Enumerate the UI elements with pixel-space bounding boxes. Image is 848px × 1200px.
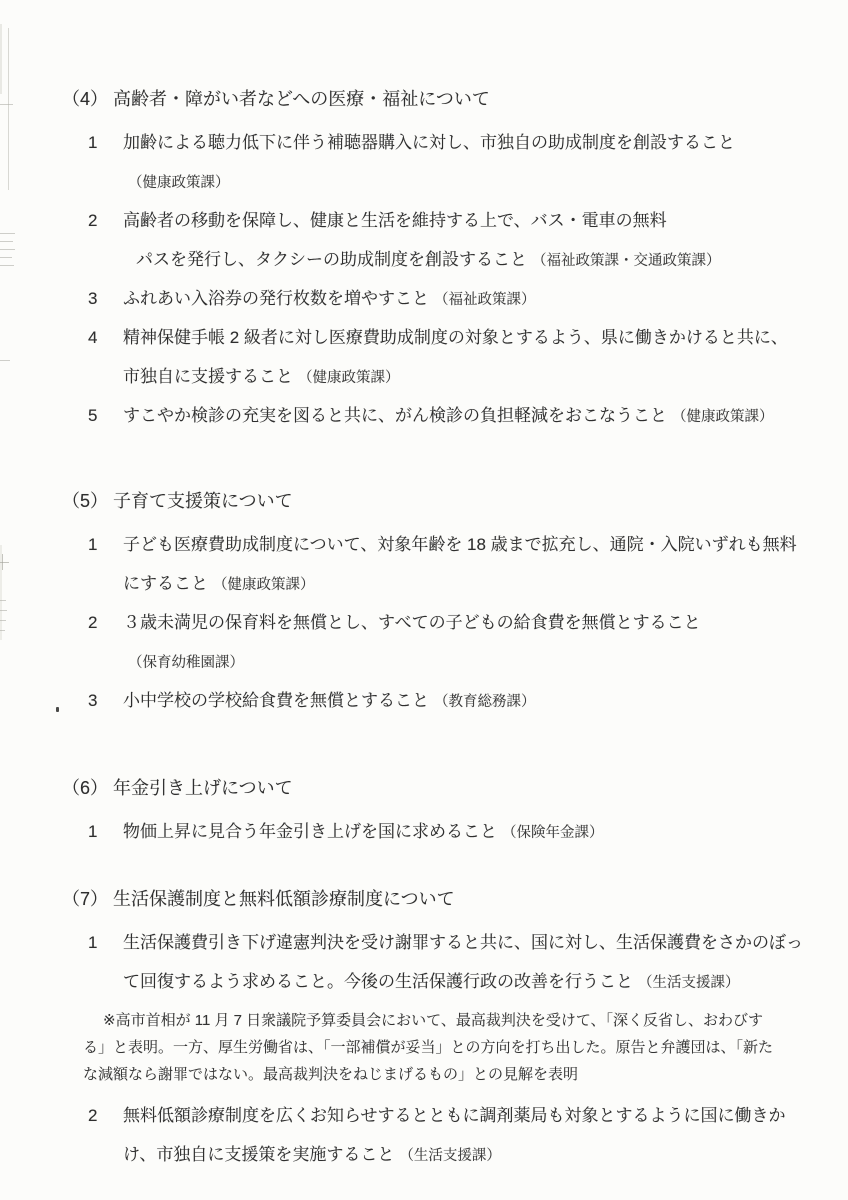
section-7: （7）生活保護制度と無料低額診療制度について 1 生活保護費引き下げ違憲判決を受… xyxy=(62,884,822,1175)
section-title: 高齢者・障がい者などへの医療・福祉について xyxy=(113,89,490,109)
item-line: 物価上昇に見合う年金引き上げを国に求めること（保険年金課） xyxy=(123,813,822,852)
item-line: ３歳未満児の保育料を無償とし、すべての子どもの給食費を無償とすること xyxy=(123,604,822,643)
scanned-document-page: （4）高齢者・障がい者などへの医療・福祉について 1 加齢による聴力低下に伴う補… xyxy=(0,0,848,1200)
item-text: て回復するよう求めること。今後の生活保護行政の改善を行うこと xyxy=(123,972,633,991)
section-heading: （4）高齢者・障がい者などへの医療・福祉について xyxy=(62,84,822,114)
item-number: 2 xyxy=(88,202,123,280)
department-label: （保育幼稚園課） xyxy=(128,655,244,671)
item-line: 小中学校の学校給食費を無償とすること（教育総務課） xyxy=(123,682,822,721)
item-text: 生活保護費引き下げ違憲判決を受け謝罪すると共に、国に対し、生活保護費をさかのぼっ xyxy=(123,933,803,952)
scan-speck-artifact xyxy=(56,707,59,712)
section-heading: （5）子育て支援策について xyxy=(62,486,822,516)
item-body: 生活保護費引き下げ違憲判決を受け謝罪すると共に、国に対し、生活保護費をさかのぼっ… xyxy=(123,924,822,1097)
scan-dash-artifact xyxy=(0,233,15,234)
scan-dash-artifact xyxy=(0,265,14,266)
item-text: 物価上昇に見合う年金引き上げを国に求めること xyxy=(123,822,497,841)
item-text: すこやか検診の充実を図ると共に、がん検診の負担軽減をおこなうこと xyxy=(123,406,667,425)
list-item: 1 加齢による聴力低下に伴う補聴器購入に対し、市独自の助成制度を創設すること （… xyxy=(62,124,822,202)
item-text: け、市独自に支援策を実施すること xyxy=(123,1145,394,1164)
scan-dash-artifact xyxy=(0,610,7,611)
item-body: ふれあい入浴券の発行枚数を増やすこと（福祉政策課） xyxy=(123,280,822,319)
list-item: 5 すこやか検診の充実を図ると共に、がん検診の負担軽減をおこなうこと（健康政策課… xyxy=(62,397,822,436)
item-body: 子ども医療費助成制度について、対象年齢を 18 歳まで拡充し、通院・入院いずれも… xyxy=(123,526,822,604)
item-number: 3 xyxy=(88,682,123,721)
footnote-line: ※高市首相が 11 月 7 日衆議院予算委員会において、最高裁判決を受けて、「深… xyxy=(83,1007,822,1034)
department-label: （健康政策課） xyxy=(128,175,230,191)
section-heading: （6）年金引き上げについて xyxy=(62,773,822,803)
department-label: （福祉政策課・交通政策課） xyxy=(532,253,721,269)
scan-dash-artifact xyxy=(0,620,6,621)
item-text: 精神保健手帳 2 級者に対し医療費助成制度の対象とするよう、県に働きかけると共に… xyxy=(123,328,788,347)
item-line: パスを発行し、タクシーの助成制度を創設すること（福祉政策課・交通政策課） xyxy=(123,241,822,280)
item-line: 加齢による聴力低下に伴う補聴器購入に対し、市独自の助成制度を創設すること xyxy=(123,124,822,163)
item-number: 5 xyxy=(88,397,123,436)
scan-dash-artifact xyxy=(0,241,13,242)
list-item: 3 ふれあい入浴券の発行枚数を増やすこと（福祉政策課） xyxy=(62,280,822,319)
item-text: 子ども医療費助成制度について、対象年齢を 18 歳まで拡充し、通院・入院いずれも… xyxy=(123,535,797,554)
scan-edge-artifact xyxy=(0,24,2,94)
item-line: ふれあい入浴券の発行枚数を増やすこと（福祉政策課） xyxy=(123,280,822,319)
list-item: 1 子ども医療費助成制度について、対象年齢を 18 歳まで拡充し、通院・入院いず… xyxy=(62,526,822,604)
section-number: （7） xyxy=(62,889,108,909)
footnote: ※高市首相が 11 月 7 日衆議院予算委員会において、最高裁判決を受けて、「深… xyxy=(83,1007,822,1088)
section-title: 生活保護制度と無料低額診療制度について xyxy=(113,889,455,909)
department-label: （健康政策課） xyxy=(213,577,315,593)
item-text: 小中学校の学校給食費を無償とすること xyxy=(123,691,429,710)
item-text: パスを発行し、タクシーの助成制度を創設すること xyxy=(136,250,527,269)
item-text: 無料低額診療制度を広くお知らせするとともに調剤薬局も対象とするように国に働きか xyxy=(123,1106,786,1125)
item-body: 高齢者の移動を保障し、健康と生活を維持する上で、バス・電車の無料 パスを発行し、… xyxy=(123,202,822,280)
item-line: 市独自に支援すること（健康政策課） xyxy=(123,358,822,397)
scan-dash-artifact xyxy=(0,600,6,601)
item-line: 精神保健手帳 2 級者に対し医療費助成制度の対象とするよう、県に働きかけると共に… xyxy=(123,319,822,358)
item-text: ３歳未満児の保育料を無償とし、すべての子どもの給食費を無償とすること xyxy=(123,613,701,632)
department-label: （福祉政策課） xyxy=(434,292,536,308)
item-line: て回復するよう求めること。今後の生活保護行政の改善を行うこと（生活支援課） xyxy=(123,963,822,1002)
scan-dash-artifact xyxy=(0,104,13,105)
department-label: （健康政策課） xyxy=(298,370,400,386)
footnote-line: る」と表明。一方、厚生労働省は、「一部補償が妥当」との方向を打ち出した。原告と弁… xyxy=(83,1034,822,1061)
item-body: 小中学校の学校給食費を無償とすること（教育総務課） xyxy=(123,682,822,721)
scan-dash-artifact xyxy=(0,630,5,631)
section-title: 子育て支援策について xyxy=(113,491,293,511)
item-line: 高齢者の移動を保障し、健康と生活を維持する上で、バス・電車の無料 xyxy=(123,202,822,241)
section-5: （5）子育て支援策について 1 子ども医療費助成制度について、対象年齢を 18 … xyxy=(62,486,822,721)
section-title: 年金引き上げについて xyxy=(113,778,293,798)
list-item: 3 小中学校の学校給食費を無償とすること（教育総務課） xyxy=(62,682,822,721)
scan-mark-artifact xyxy=(0,562,9,563)
item-body: ３歳未満児の保育料を無償とし、すべての子どもの給食費を無償とすること （保育幼稚… xyxy=(123,604,822,682)
item-body: 物価上昇に見合う年金引き上げを国に求めること（保険年金課） xyxy=(123,813,822,852)
department-label: （教育総務課） xyxy=(434,694,536,710)
item-body: すこやか検診の充実を図ると共に、がん検診の負担軽減をおこなうこと（健康政策課） xyxy=(123,397,822,436)
scan-line-artifact xyxy=(8,28,9,190)
item-text: 加齢による聴力低下に伴う補聴器購入に対し、市独自の助成制度を創設すること xyxy=(123,133,735,152)
item-text: 高齢者の移動を保障し、健康と生活を維持する上で、バス・電車の無料 xyxy=(123,211,667,230)
list-item: 2 ３歳未満児の保育料を無償とし、すべての子どもの給食費を無償とすること （保育… xyxy=(62,604,822,682)
item-text: ふれあい入浴券の発行枚数を増やすこと xyxy=(123,289,429,308)
scan-mark-artifact xyxy=(2,554,3,570)
item-line: 生活保護費引き下げ違憲判決を受け謝罪すると共に、国に対し、生活保護費をさかのぼっ xyxy=(123,924,822,963)
footnote-line: な減額なら謝罪ではない。最高裁判決をねじまげるもの」との見解を表明 xyxy=(83,1061,822,1088)
department-label: （健康政策課） xyxy=(672,409,774,425)
item-body: 加齢による聴力低下に伴う補聴器購入に対し、市独自の助成制度を創設すること （健康… xyxy=(123,124,822,202)
list-item: 1 生活保護費引き下げ違憲判決を受け謝罪すると共に、国に対し、生活保護費をさかの… xyxy=(62,924,822,1097)
scan-edge-artifact xyxy=(0,545,2,640)
scan-dash-artifact xyxy=(0,360,10,361)
department-label: （生活支援課） xyxy=(399,1148,501,1164)
item-number: 1 xyxy=(88,813,123,852)
section-6: （6）年金引き上げについて 1 物価上昇に見合う年金引き上げを国に求めること（保… xyxy=(62,773,822,852)
scan-dash-artifact xyxy=(0,257,12,258)
item-text: にすること xyxy=(123,574,208,593)
item-body: 精神保健手帳 2 級者に対し医療費助成制度の対象とするよう、県に働きかけると共に… xyxy=(123,319,822,397)
document-content: （4）高齢者・障がい者などへの医療・福祉について 1 加齢による聴力低下に伴う補… xyxy=(62,84,822,1175)
department-label: （生活支援課） xyxy=(638,975,740,991)
section-number: （6） xyxy=(62,778,108,798)
list-item: 2 無料低額診療制度を広くお知らせするとともに調剤薬局も対象とするように国に働き… xyxy=(62,1097,822,1175)
item-number: 4 xyxy=(88,319,123,397)
item-number: 2 xyxy=(88,1097,123,1175)
item-body: 無料低額診療制度を広くお知らせするとともに調剤薬局も対象とするように国に働きか … xyxy=(123,1097,822,1175)
item-line: け、市独自に支援策を実施すること（生活支援課） xyxy=(123,1136,822,1175)
item-line: 無料低額診療制度を広くお知らせするとともに調剤薬局も対象とするように国に働きか xyxy=(123,1097,822,1136)
scan-dash-artifact xyxy=(0,249,15,250)
item-line: すこやか検診の充実を図ると共に、がん検診の負担軽減をおこなうこと（健康政策課） xyxy=(123,397,822,436)
list-item: 2 高齢者の移動を保障し、健康と生活を維持する上で、バス・電車の無料 パスを発行… xyxy=(62,202,822,280)
item-line: （健康政策課） xyxy=(123,163,822,202)
section-number: （5） xyxy=(62,491,108,511)
list-item: 4 精神保健手帳 2 級者に対し医療費助成制度の対象とするよう、県に働きかけると… xyxy=(62,319,822,397)
section-4: （4）高齢者・障がい者などへの医療・福祉について 1 加齢による聴力低下に伴う補… xyxy=(62,84,822,436)
item-number: 1 xyxy=(88,124,123,202)
item-line: （保育幼稚園課） xyxy=(123,643,822,682)
section-heading: （7）生活保護制度と無料低額診療制度について xyxy=(62,884,822,914)
item-text: 市独自に支援すること xyxy=(123,367,293,386)
item-number: 2 xyxy=(88,604,123,682)
item-number: 1 xyxy=(88,526,123,604)
list-item: 1 物価上昇に見合う年金引き上げを国に求めること（保険年金課） xyxy=(62,813,822,852)
item-line: 子ども医療費助成制度について、対象年齢を 18 歳まで拡充し、通院・入院いずれも… xyxy=(123,526,822,565)
item-line: にすること（健康政策課） xyxy=(123,565,822,604)
department-label: （保険年金課） xyxy=(502,825,604,841)
section-number: （4） xyxy=(62,89,108,109)
item-number: 3 xyxy=(88,280,123,319)
